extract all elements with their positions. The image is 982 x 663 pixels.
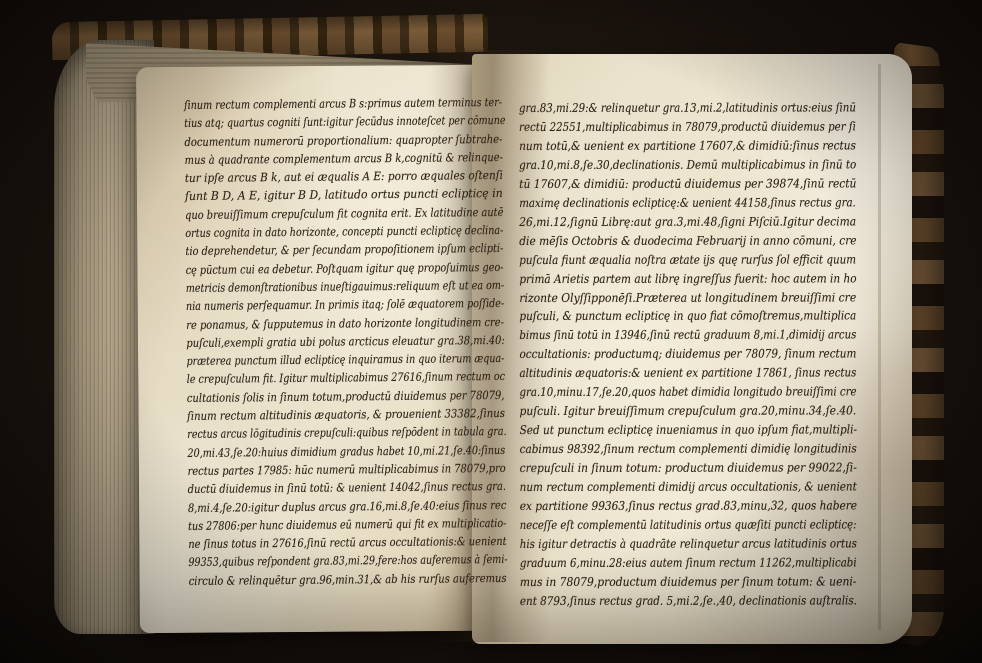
book-photo: ſinum rectum complementi arcus B s:primu… [0,0,982,663]
right-page-crease [878,64,881,630]
right-page-text: gra.83,mi.29:& relinquetur gra.13,mi.2,l… [519,98,857,610]
text-line: Sed ut punctum eclipticę inueniamus in q… [520,421,817,440]
text-line: rectū 22551,multiplicabimus in 78079,pro… [519,117,809,136]
text-line: his igitur detractis à quadrāte relinque… [520,534,811,553]
text-line: crepuſculi in ſinum totum: productum diu… [520,459,822,478]
text-line: mus in 78079,productum diuidemus per ſin… [520,572,825,591]
text-line: tū 17607,& dimidiū: productū diuidemus p… [519,174,822,193]
text-line: gra.10,mi.8,ſe.30,declinationis. Demū mu… [519,155,813,174]
text-line: maximę declinationis eclipticę:& uenient… [519,193,809,212]
text-line: gra.83,mi.29:& relinquetur gra.13,mi.2,l… [519,98,808,117]
text-line: altitudinis æquatoris:& uenient ex parti… [519,364,809,383]
text-line: ent 8793,ſinus rectus grad. 5,mi.2,ſe.,4… [520,591,814,610]
text-line: neceſſe eſt complementū latitudinis ortu… [520,515,805,534]
text-line: num rectum complementi dimidij arcus occ… [520,478,814,497]
text-line: rizonte Olyſſipponēſi.Præterea ut longit… [519,288,825,307]
text-line: ex partitione 99363,ſinus rectus grad.83… [520,496,820,515]
text-line: circulo & relinquētur gra.96,min.31,& ab… [189,569,462,590]
text-line: bimus ſinū totū in 13946,ſinū rectū grad… [519,326,807,345]
text-line: graduum 6,minu.28:eius autem ſinum rectu… [520,553,810,572]
text-line: puſcula fiunt æqualia noſtra ætate ijs q… [519,250,812,269]
left-page-text: ſinum rectum complementi arcus B s:primu… [184,93,507,590]
text-line: num totū,& uenient ex partitione 17607,&… [519,136,818,155]
text-line: occultationis: productumq; diuidemus per… [519,345,815,364]
text-line: 26,mi.12,ſignū Librę:aut gra.3,mi.48,ſig… [519,212,822,231]
text-line: primā Arietis partem aut librę ingreſſus… [519,269,817,288]
text-line: puſculi. Igitur breuiſſimum crepuſculum … [520,402,822,421]
text-line: die mēſis Octobris & duodecima Februarij… [519,231,820,250]
text-line: cabimus 98392,ſinum rectum complementi d… [520,440,817,459]
text-line: gra.10,minu.17,ſe.20,quos habet dimidia … [519,383,808,402]
text-line: puſculi, & punctum eclipticę in quo fiat… [519,307,815,326]
